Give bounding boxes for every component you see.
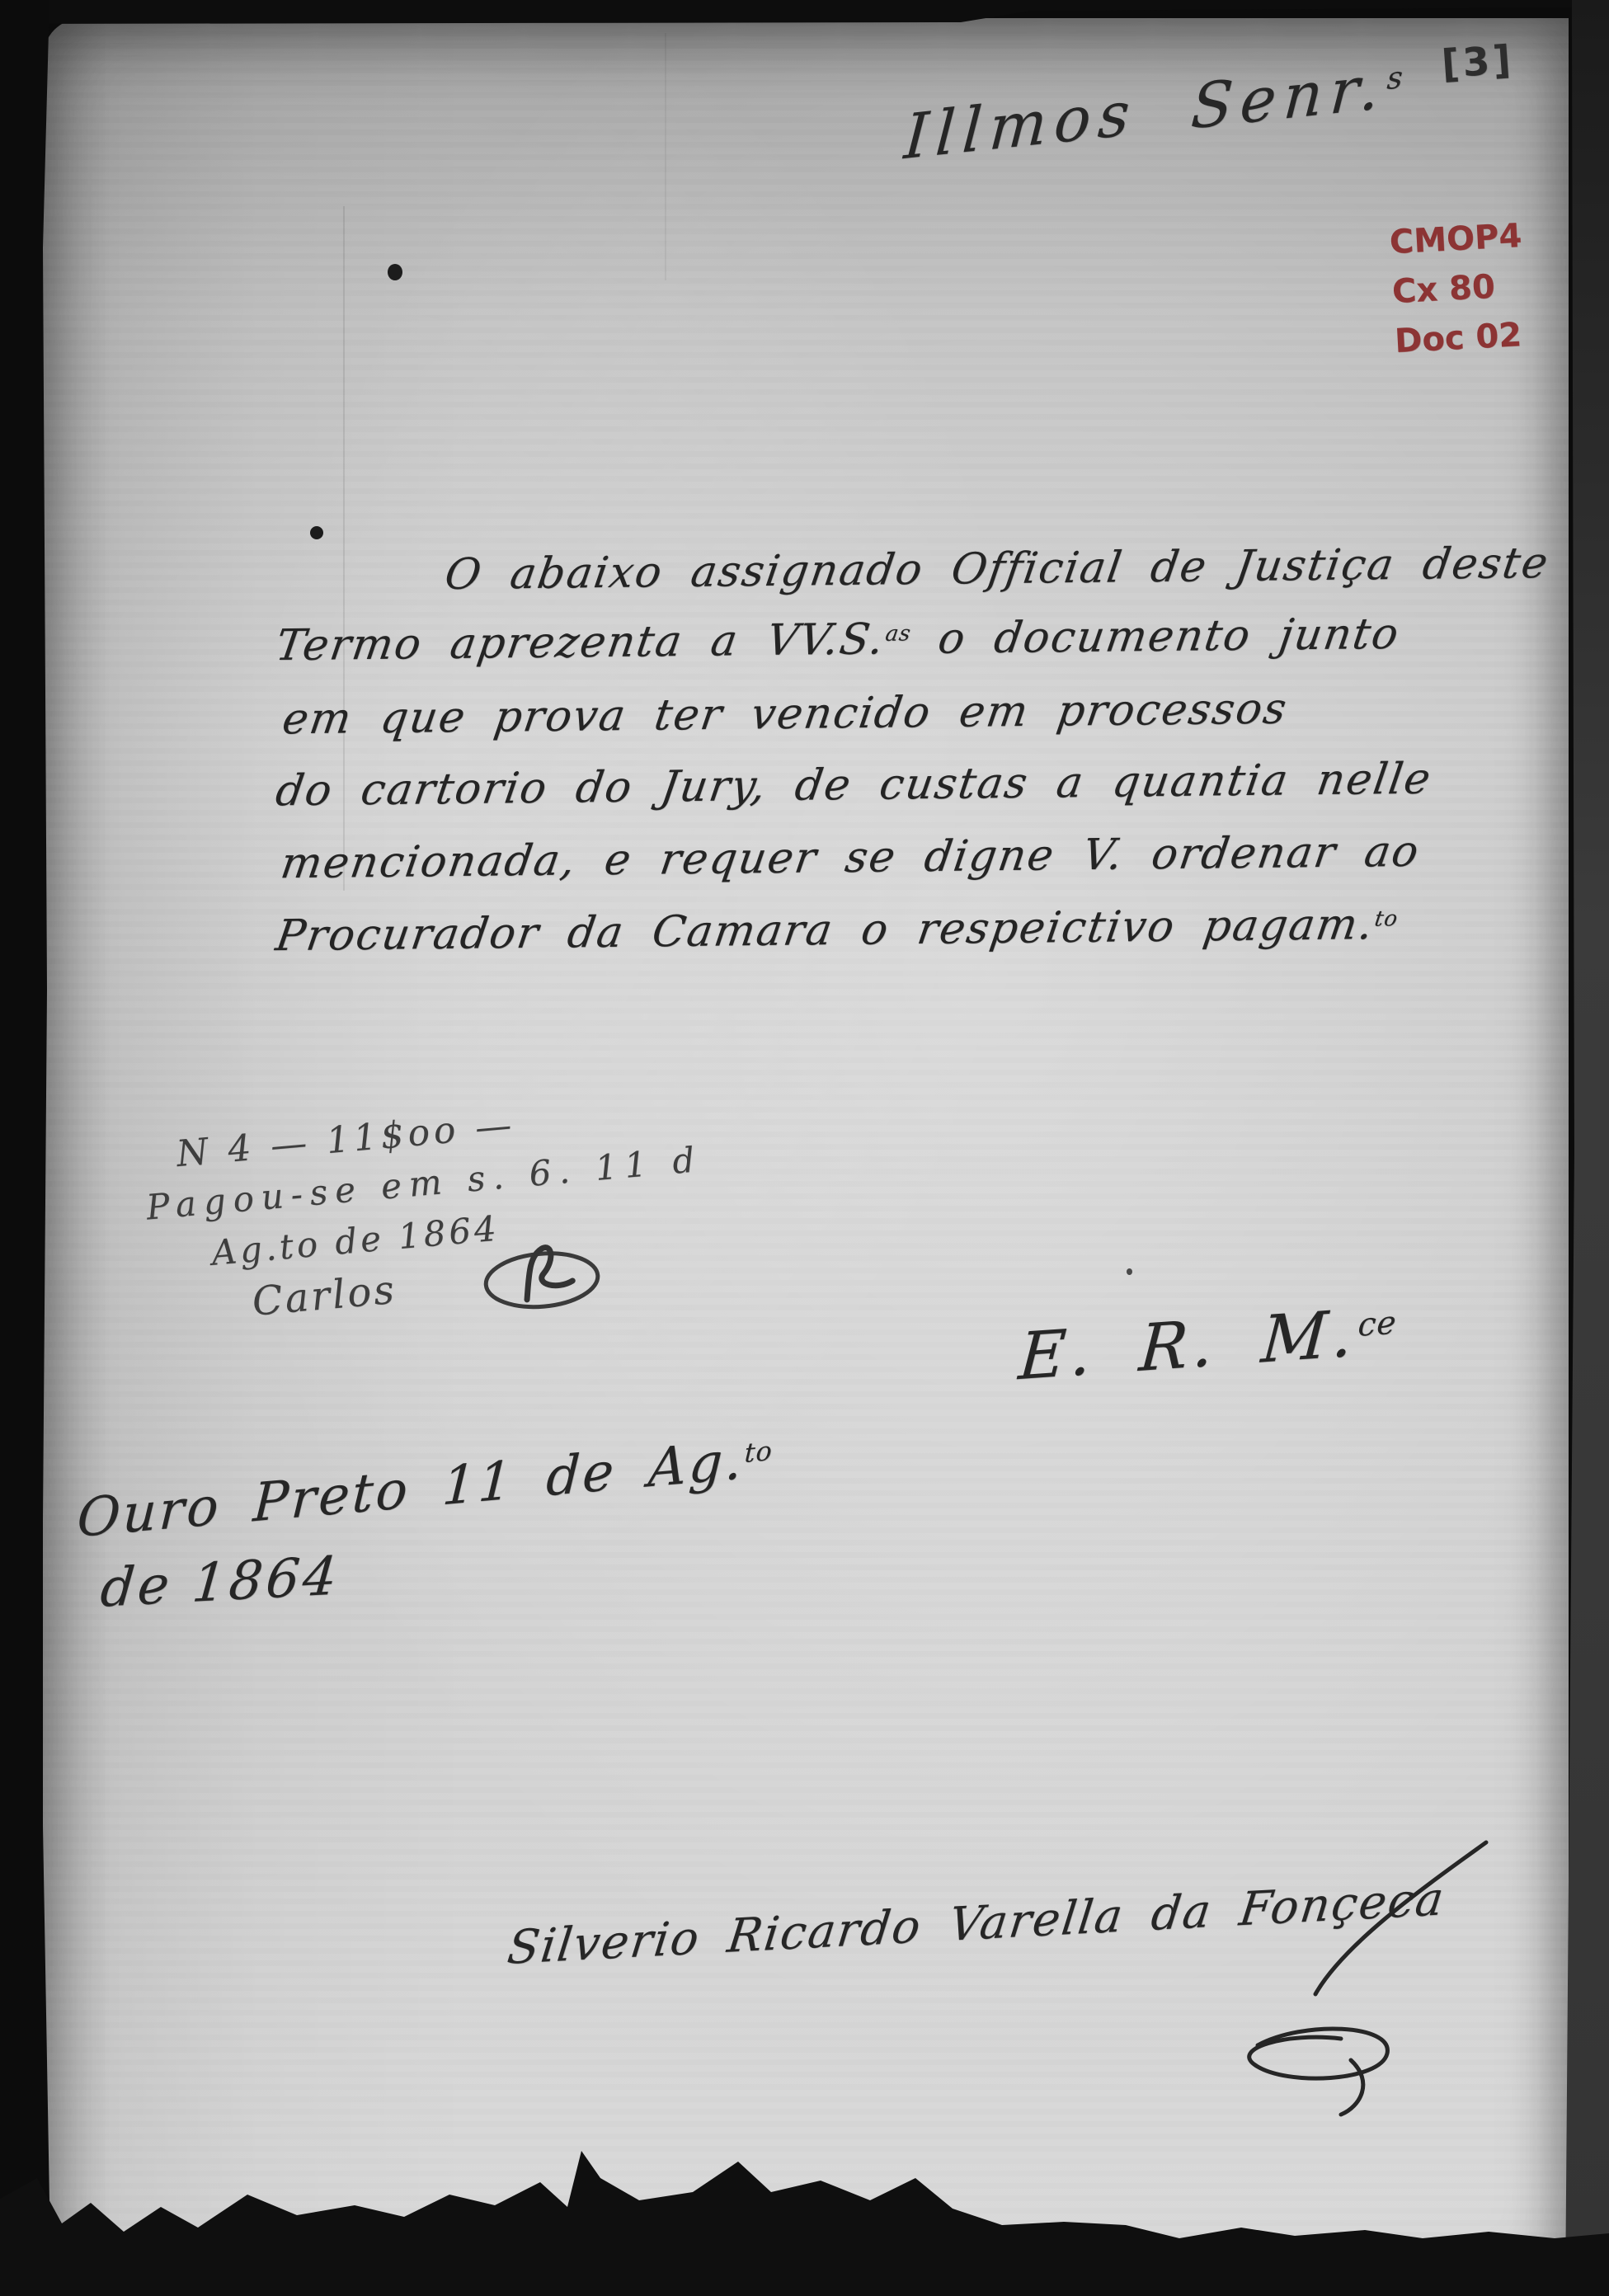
ink-blot	[388, 264, 402, 280]
body-line-text: O abaixo assignado Official de Justiça d…	[442, 539, 1553, 600]
body-line-text: do cartorio do Jury, de custas a quantia…	[273, 755, 1435, 816]
body-line: Termo aprezenta a VV.S.as o documento ju…	[273, 609, 1404, 670]
scanned-letter-page: [3] CMOP4 Cx 80 Doc 02 Illmos Senr.s O a…	[0, 0, 1609, 2296]
scan-edge-right	[1562, 0, 1609, 2296]
body-line: do cartorio do Jury, de custas a quantia…	[273, 755, 1435, 816]
letter-body: O abaixo assignado Official de Justiça d…	[276, 544, 1579, 1006]
body-line: O abaixo assignado Official de Justiça d…	[442, 539, 1553, 600]
body-line: Procurador da Camara o respeictivo pagam…	[273, 900, 1401, 961]
paper-crease	[665, 33, 666, 280]
salutation-superscript: s	[1386, 59, 1404, 97]
rubric-flourish-icon	[477, 1235, 606, 1320]
folio-number-mark: [3]	[1440, 37, 1515, 87]
archival-reference-stamp: CMOP4 Cx 80 Doc 02	[1388, 211, 1528, 366]
signature-rubric-icon	[1179, 1837, 1493, 2118]
ink-blot	[310, 526, 323, 539]
body-line-superscript: as	[884, 621, 913, 646]
courtesy-superscript: ce	[1357, 1304, 1398, 1344]
ink-blot	[1127, 1268, 1132, 1275]
dateline-year: de 1864	[98, 1546, 342, 1620]
body-line-text: mencionada, e requer se digne V. ordenar…	[278, 827, 1423, 889]
body-line: em que prova ter vencido em processos	[280, 685, 1291, 745]
body-line-text: em que prova ter vencido em processos	[280, 685, 1291, 745]
body-line-superscript: to	[1373, 906, 1400, 931]
stamp-document-code: Doc 02	[1394, 310, 1528, 366]
dateline-superscript: to	[744, 1435, 774, 1469]
stamp-collection-code: CMOP4	[1388, 211, 1522, 267]
body-line-text: o documento junto	[906, 609, 1403, 664]
stamp-box-code: Cx 80	[1391, 261, 1526, 317]
body-line: mencionada, e requer se digne V. ordenar…	[278, 827, 1423, 889]
body-line-text: Termo aprezenta a VV.S.	[273, 614, 889, 670]
body-line-text: Procurador da Camara o respeictivo pagam…	[273, 900, 1378, 961]
